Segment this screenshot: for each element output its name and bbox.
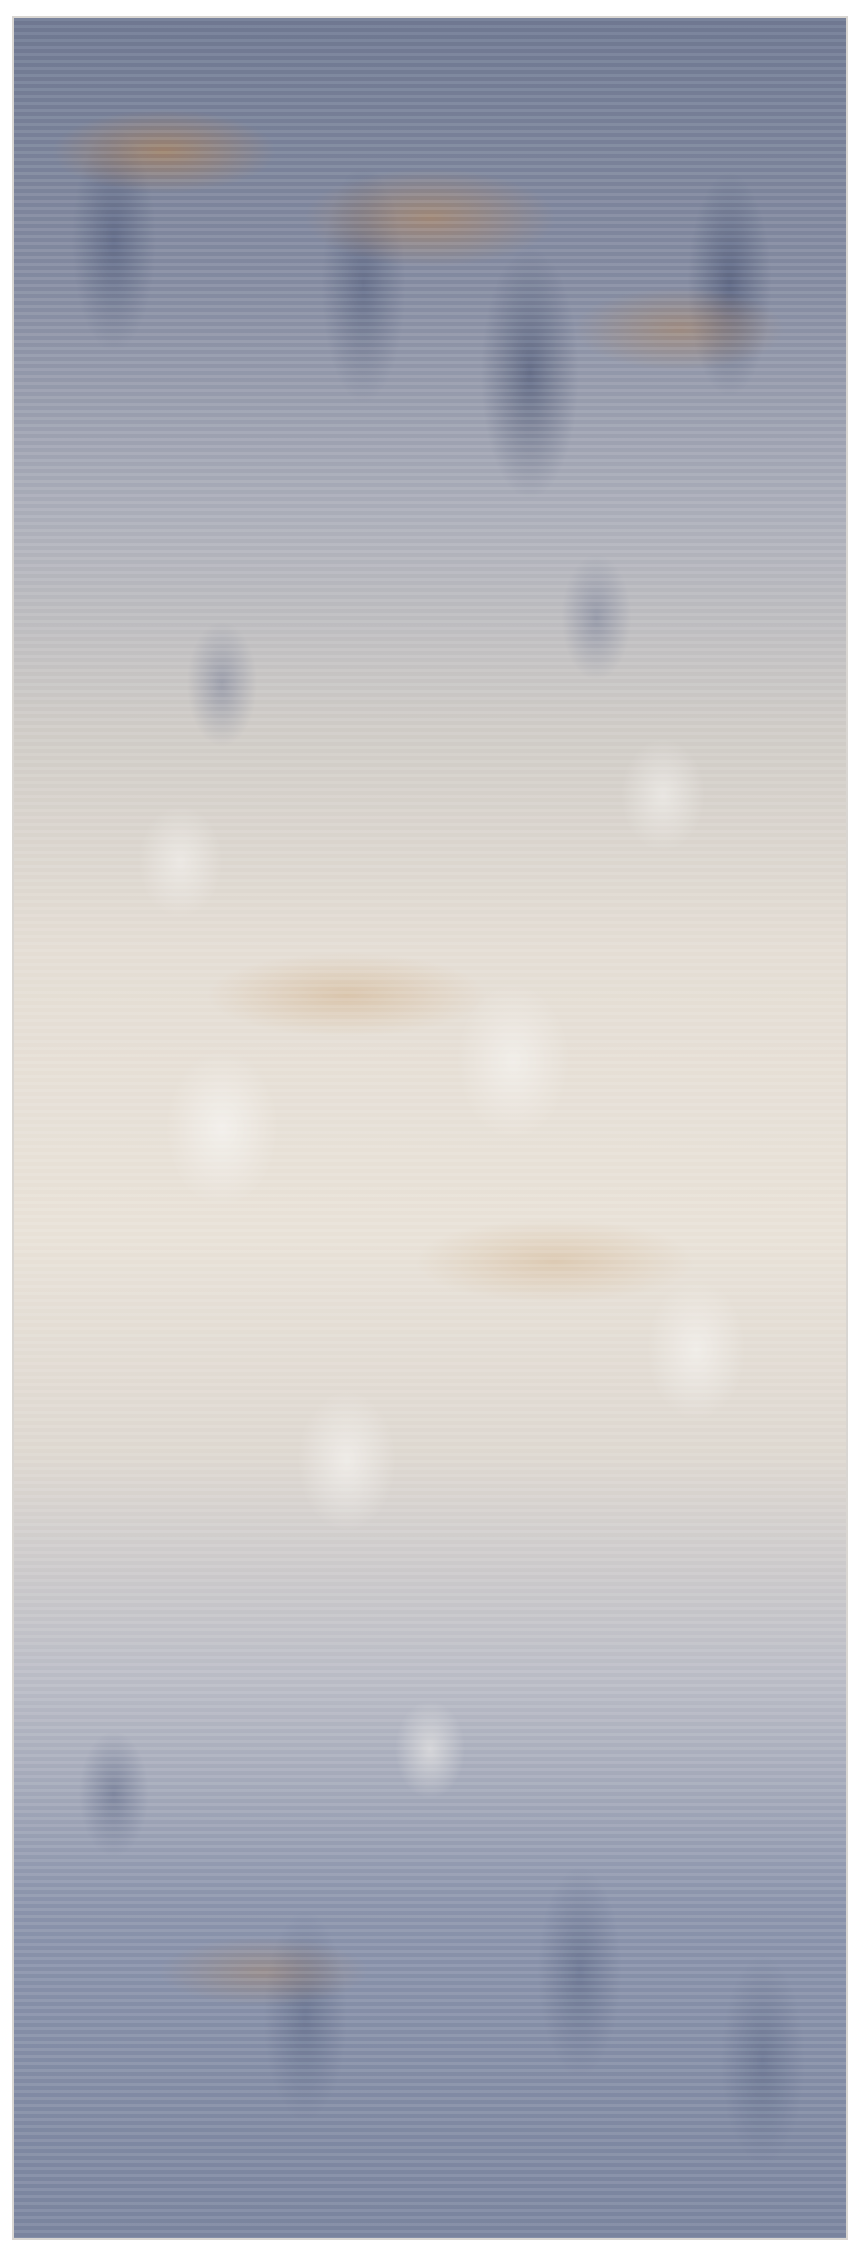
rug-texture-stripes bbox=[14, 18, 846, 2238]
runner-rug bbox=[12, 16, 848, 2240]
